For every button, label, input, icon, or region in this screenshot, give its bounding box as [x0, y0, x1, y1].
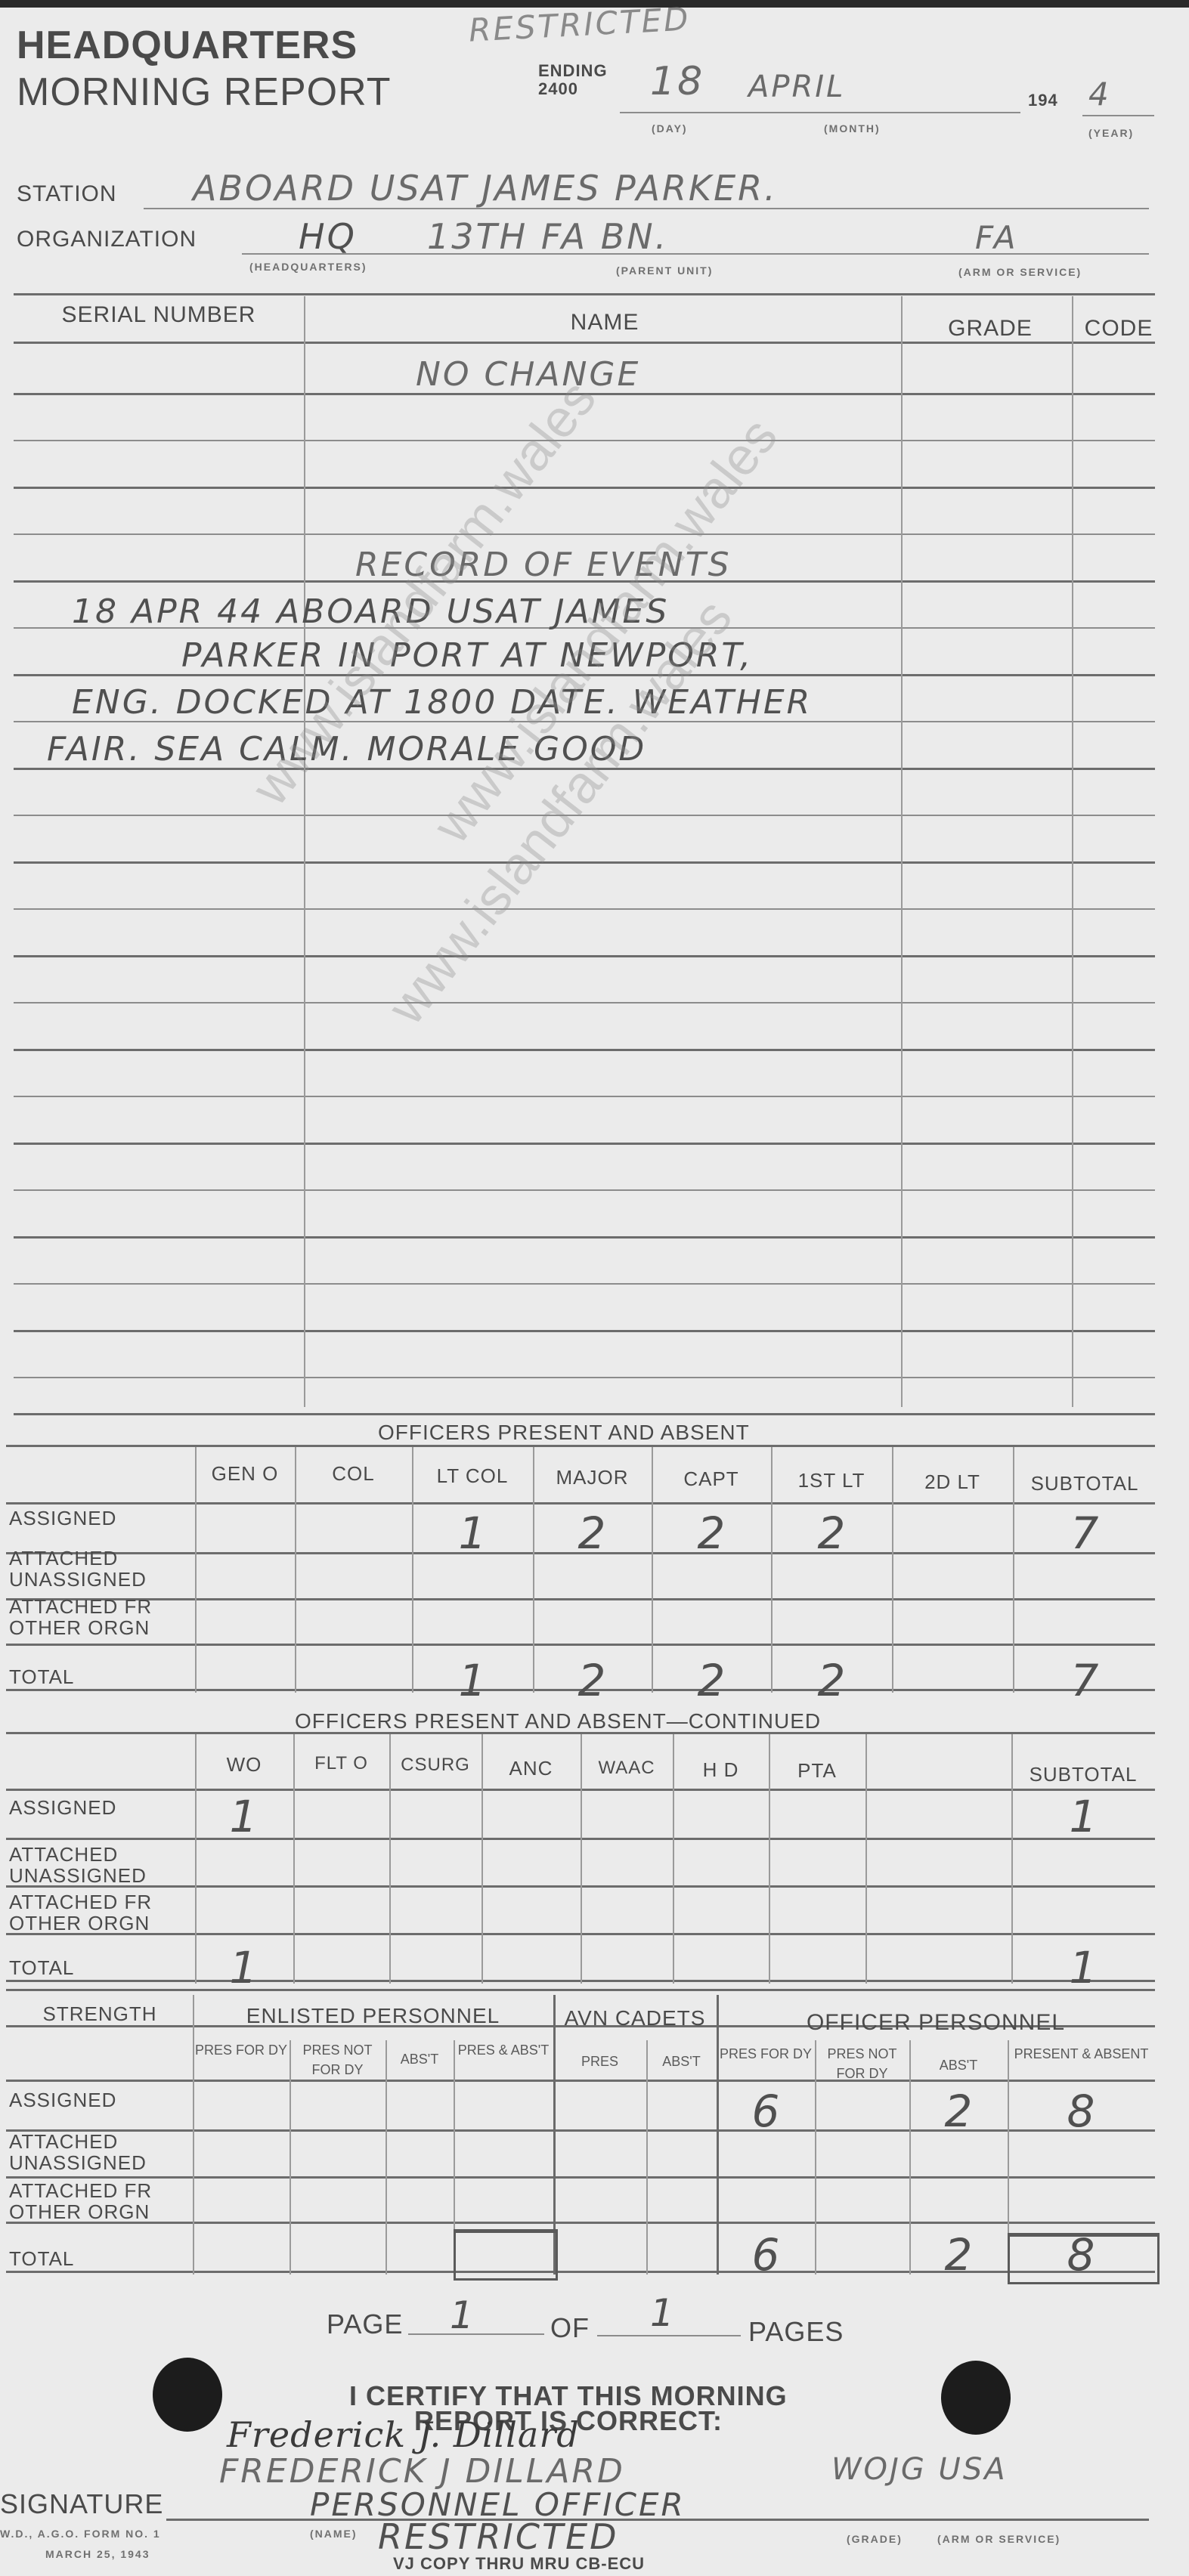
signature-script[interactable]: Frederick J. Dillard — [227, 2414, 580, 2455]
col-1st-lt: 1ST LT — [771, 1469, 892, 1492]
table-cell-value[interactable]: 2 — [786, 1508, 877, 1559]
roster-row-rule — [14, 533, 1155, 535]
year-prefix: 194 — [1028, 91, 1058, 110]
punch-hole-left — [153, 2358, 222, 2432]
arm-caption: (ARM OR SERVICE) — [958, 266, 1082, 278]
col-en-pres-for-dy: PRES FOR DY — [193, 2040, 290, 2060]
roster-row-rule — [14, 1189, 1155, 1191]
table-cell-value[interactable]: 2 — [547, 1655, 637, 1706]
arm-service-caption: (ARM OR SERVICE) — [937, 2533, 1061, 2545]
row-label: TOTAL — [9, 1666, 190, 1687]
roster-row-rule — [14, 1330, 1155, 1332]
table-cell-value[interactable]: 1 — [198, 1791, 289, 1842]
ending-label: ENDING 2400 — [538, 62, 608, 98]
table-cell-value[interactable]: 6 — [720, 2086, 811, 2137]
total-box — [454, 2229, 558, 2281]
table-column-divider — [385, 2040, 387, 2274]
roster-row-rule — [14, 955, 1155, 957]
punch-hole-right — [941, 2361, 1011, 2435]
roster-row-rule — [14, 1377, 1155, 1378]
table-cell-value[interactable]: 1 — [198, 1942, 289, 1993]
officers-title: OFFICERS PRESENT AND ABSENT — [378, 1421, 750, 1445]
form-id: W.D., A.G.O. FORM NO. 1 — [0, 2528, 161, 2540]
printed-name[interactable]: FREDERICK J DILLARD — [219, 2452, 625, 2491]
row-label: ATTACHED FR OTHER ORGN — [9, 2180, 190, 2222]
report-year-digit[interactable]: 4 — [1088, 76, 1111, 113]
table-cell-value[interactable]: 2 — [913, 2229, 1004, 2281]
row-label: ASSIGNED — [9, 2089, 190, 2111]
table-column-divider — [646, 2040, 648, 2274]
table-cell-value[interactable]: 2 — [666, 1508, 757, 1559]
form-title-morning-report: MORNING REPORT — [17, 70, 392, 115]
restricted-stamp-bottom: RESTRICTED — [378, 2516, 619, 2557]
col-off-abst: ABS'T — [909, 2055, 1008, 2075]
officers-continued-title: OFFICERS PRESENT AND ABSENT—CONTINUED — [295, 1709, 821, 1733]
organization-parent-unit[interactable]: 13TH FA BN. — [427, 216, 668, 257]
col-major: MAJOR — [533, 1466, 652, 1489]
col-cadet-abst: ABS'T — [646, 2052, 717, 2071]
roster-column-divider — [901, 296, 903, 1407]
row-label: ATTACHED UNASSIGNED — [9, 1548, 190, 1590]
col-en-pres-not-for-dy: PRES NOT FOR DY — [290, 2040, 385, 2080]
group-officer-personnel: OFFICER PERSONNEL — [717, 2010, 1155, 2036]
table-rule — [6, 1502, 1155, 1504]
roster-top-rule — [14, 293, 1155, 295]
table-rule — [6, 1445, 1155, 1447]
group-avn-cadets: AVN CADETS — [553, 2006, 717, 2030]
roster-row-rule — [14, 1283, 1155, 1285]
col-capt: CAPT — [652, 1467, 771, 1491]
table-cell-value[interactable]: 1 — [427, 1508, 518, 1559]
signature-underline — [166, 2519, 1149, 2521]
date-underline — [620, 112, 1020, 113]
col-cadet-pres: PRES — [553, 2052, 646, 2071]
row-label: ATTACHED UNASSIGNED — [9, 2131, 190, 2173]
month-caption: (MONTH) — [824, 122, 881, 135]
report-month[interactable]: APRIL — [748, 70, 845, 104]
col-gen-o: GEN O — [195, 1462, 295, 1486]
roster-row-rule — [14, 861, 1155, 864]
pages-label: PAGES — [748, 2316, 844, 2348]
col-col: COL — [295, 1462, 412, 1486]
row-label: ASSIGNED — [9, 1508, 190, 1529]
year-underline — [1082, 115, 1154, 116]
table-cell-value[interactable]: 2 — [547, 1508, 637, 1559]
year-caption: (YEAR) — [1088, 127, 1134, 139]
col-anc: ANC — [481, 1757, 581, 1780]
officers-top-rule — [14, 1413, 1155, 1415]
total-pages[interactable]: 1 — [650, 2291, 677, 2335]
routing-note: VJ COPY THRU MRU CB-ECU — [393, 2554, 645, 2574]
col-lt-col: LT COL — [412, 1464, 533, 1488]
group-enlisted-personnel: ENLISTED PERSONNEL — [193, 2004, 553, 2028]
table-cell-value[interactable]: 6 — [720, 2229, 811, 2281]
roster-row-rule — [14, 487, 1155, 489]
ending-time: 2400 — [538, 80, 608, 98]
col-csurg: CSURG — [389, 1755, 481, 1776]
col-pta: PTA — [769, 1759, 865, 1783]
table-rule — [6, 2176, 1155, 2179]
table-cell-value[interactable]: 2 — [913, 2086, 1004, 2137]
table-cell-value[interactable]: 1 — [1038, 1942, 1129, 1993]
day-caption: (DAY) — [652, 122, 688, 135]
roster-row-rule — [14, 1096, 1155, 1097]
row-label: ATTACHED FR OTHER ORGN — [9, 1891, 190, 1934]
table-column-divider — [717, 1995, 719, 2274]
headquarters-caption: (HEADQUARTERS) — [249, 261, 367, 273]
of-label: OF — [550, 2312, 590, 2344]
roster-row-rule — [14, 1143, 1155, 1145]
station-label: STATION — [17, 181, 117, 207]
col-subtotal: SUBTOTAL — [1013, 1472, 1156, 1495]
form-date: MARCH 25, 1943 — [45, 2548, 150, 2560]
organization-hq[interactable]: HQ — [299, 216, 357, 257]
col-off-pres-for-dy: PRES FOR DY — [717, 2044, 815, 2064]
roster-row-rule — [14, 440, 1155, 441]
total-pages-underline — [597, 2335, 741, 2336]
roster-header-rule — [14, 342, 1155, 344]
signature-label: SIGNATURE — [0, 2488, 163, 2520]
report-day[interactable]: 18 — [650, 59, 704, 104]
row-label: ASSIGNED — [9, 1797, 190, 1818]
total-box — [1008, 2233, 1160, 2284]
table-column-divider — [193, 1995, 194, 2274]
page-label: PAGE — [327, 2309, 403, 2340]
page-number[interactable]: 1 — [450, 2293, 476, 2337]
col-en-pres-abs: PRES & ABS'T — [454, 2040, 553, 2060]
table-cell-value[interactable]: 1 — [1038, 1791, 1129, 1842]
col-code: CODE — [1077, 316, 1160, 342]
roster-row-rule — [14, 908, 1155, 910]
table-cell-value[interactable]: 1 — [427, 1655, 518, 1706]
organization-arm[interactable]: FA — [975, 219, 1017, 256]
col-hd: H D — [673, 1758, 769, 1782]
table-cell-value[interactable]: 7 — [1039, 1508, 1130, 1559]
row-label: TOTAL — [9, 1957, 190, 1978]
table-cell-value[interactable]: 2 — [666, 1655, 757, 1706]
col-en-abst: ABS'T — [385, 2049, 454, 2069]
grade-service[interactable]: WOJG USA — [831, 2452, 1008, 2487]
strength-title: STRENGTH — [9, 2002, 190, 2026]
table-cell-value[interactable]: 8 — [1036, 2086, 1126, 2137]
col-2d-lt: 2D LT — [892, 1470, 1013, 1494]
roster-row-rule — [14, 1002, 1155, 1003]
row-label: ATTACHED UNASSIGNED — [9, 1844, 190, 1886]
col-off-present-absent: PRESENT & ABSENT — [1008, 2044, 1155, 2064]
table-cell-value[interactable]: 2 — [786, 1655, 877, 1706]
col-waac: WAAC — [581, 1758, 673, 1779]
ending-text: ENDING — [538, 62, 608, 80]
roster-column-divider — [304, 296, 305, 1407]
station-value[interactable]: ABOARD USAT JAMES PARKER. — [193, 168, 778, 209]
roster-row-rule — [14, 1049, 1155, 1051]
col-serial-number: SERIAL NUMBER — [23, 302, 295, 328]
table-rule — [6, 1989, 1155, 1991]
col-off-pres-not-for-dy: PRES NOT FOR DY — [815, 2044, 909, 2083]
table-cell-value[interactable]: 7 — [1039, 1655, 1130, 1706]
table-column-divider — [865, 1734, 867, 1984]
col-grade: GRADE — [907, 316, 1073, 342]
col-flt-o: FLT O — [293, 1753, 389, 1774]
row-label: TOTAL — [9, 2248, 190, 2269]
page-number-underline — [408, 2333, 544, 2335]
roster-column-divider — [1072, 296, 1073, 1407]
col-wo: WO — [195, 1753, 293, 1777]
form-title-headquarters: HEADQUARTERS — [17, 23, 358, 68]
event-line-3[interactable]: ENG. DOCKED AT 1800 DATE. WEATHER — [72, 683, 812, 722]
table-column-divider — [909, 2040, 911, 2274]
roster-row-rule — [14, 1236, 1155, 1239]
col-name: NAME — [306, 310, 903, 336]
roster-entry-no-change[interactable]: NO CHANGE — [416, 355, 640, 394]
col-subtotal-cont: SUBTOTAL — [1011, 1763, 1155, 1786]
table-rule — [6, 1644, 1155, 1646]
parent-unit-caption: (PARENT UNIT) — [616, 264, 713, 277]
row-label: ATTACHED FR OTHER ORGN — [9, 1596, 190, 1638]
grade-caption: (GRADE) — [847, 2533, 903, 2545]
table-rule — [6, 2080, 1155, 2082]
name-caption: (NAME) — [310, 2528, 358, 2540]
organization-label: ORGANIZATION — [17, 227, 197, 252]
